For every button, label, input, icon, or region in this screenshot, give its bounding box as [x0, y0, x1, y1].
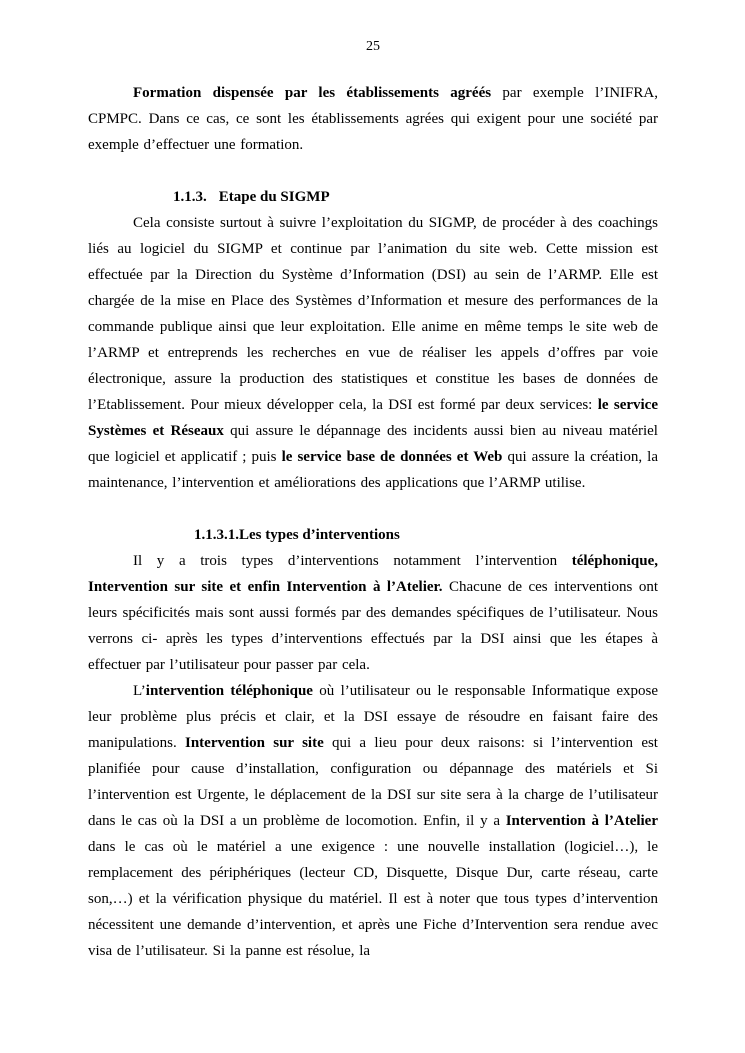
- section-title: Les types d’interventions: [239, 527, 400, 543]
- paragraph-sigmp-dsi: Cela consiste surtout à suivre l’exploit…: [88, 210, 658, 496]
- text-run: Cela consiste surtout à suivre l’exploit…: [88, 215, 658, 413]
- text-run: Il y a trois types d’interventions notam…: [133, 553, 572, 569]
- bold-text-run: Formation dispensée par les établissemen…: [133, 85, 491, 101]
- text-run: dans le cas où le matériel a une exigenc…: [88, 839, 658, 959]
- bold-text-run: Intervention sur site: [185, 735, 324, 751]
- page-number: 25: [88, 36, 658, 58]
- document-page: 25 Formation dispensée par les établisse…: [0, 0, 745, 1053]
- section-heading-etape-du-sigmp: 1.1.3.Etape du SIGMP: [173, 184, 658, 210]
- paragraph-formation: Formation dispensée par les établissemen…: [88, 80, 658, 158]
- bold-text-run: le service base de données et Web: [282, 449, 503, 465]
- section-title: Etape du SIGMP: [219, 189, 330, 205]
- text-run: L’: [133, 683, 146, 699]
- section-number: 1.1.3.1.: [194, 527, 239, 543]
- section-heading-types-interventions: 1.1.3.1.Les types d’interventions: [194, 522, 658, 548]
- bold-text-run: intervention téléphonique: [146, 683, 313, 699]
- section-number: 1.1.3.: [173, 189, 207, 205]
- bold-text-run: Intervention à l’Atelier: [506, 813, 658, 829]
- paragraph-trois-types: Il y a trois types d’interventions notam…: [88, 548, 658, 678]
- paragraph-details-interventions: L’intervention téléphonique où l’utilisa…: [88, 678, 658, 964]
